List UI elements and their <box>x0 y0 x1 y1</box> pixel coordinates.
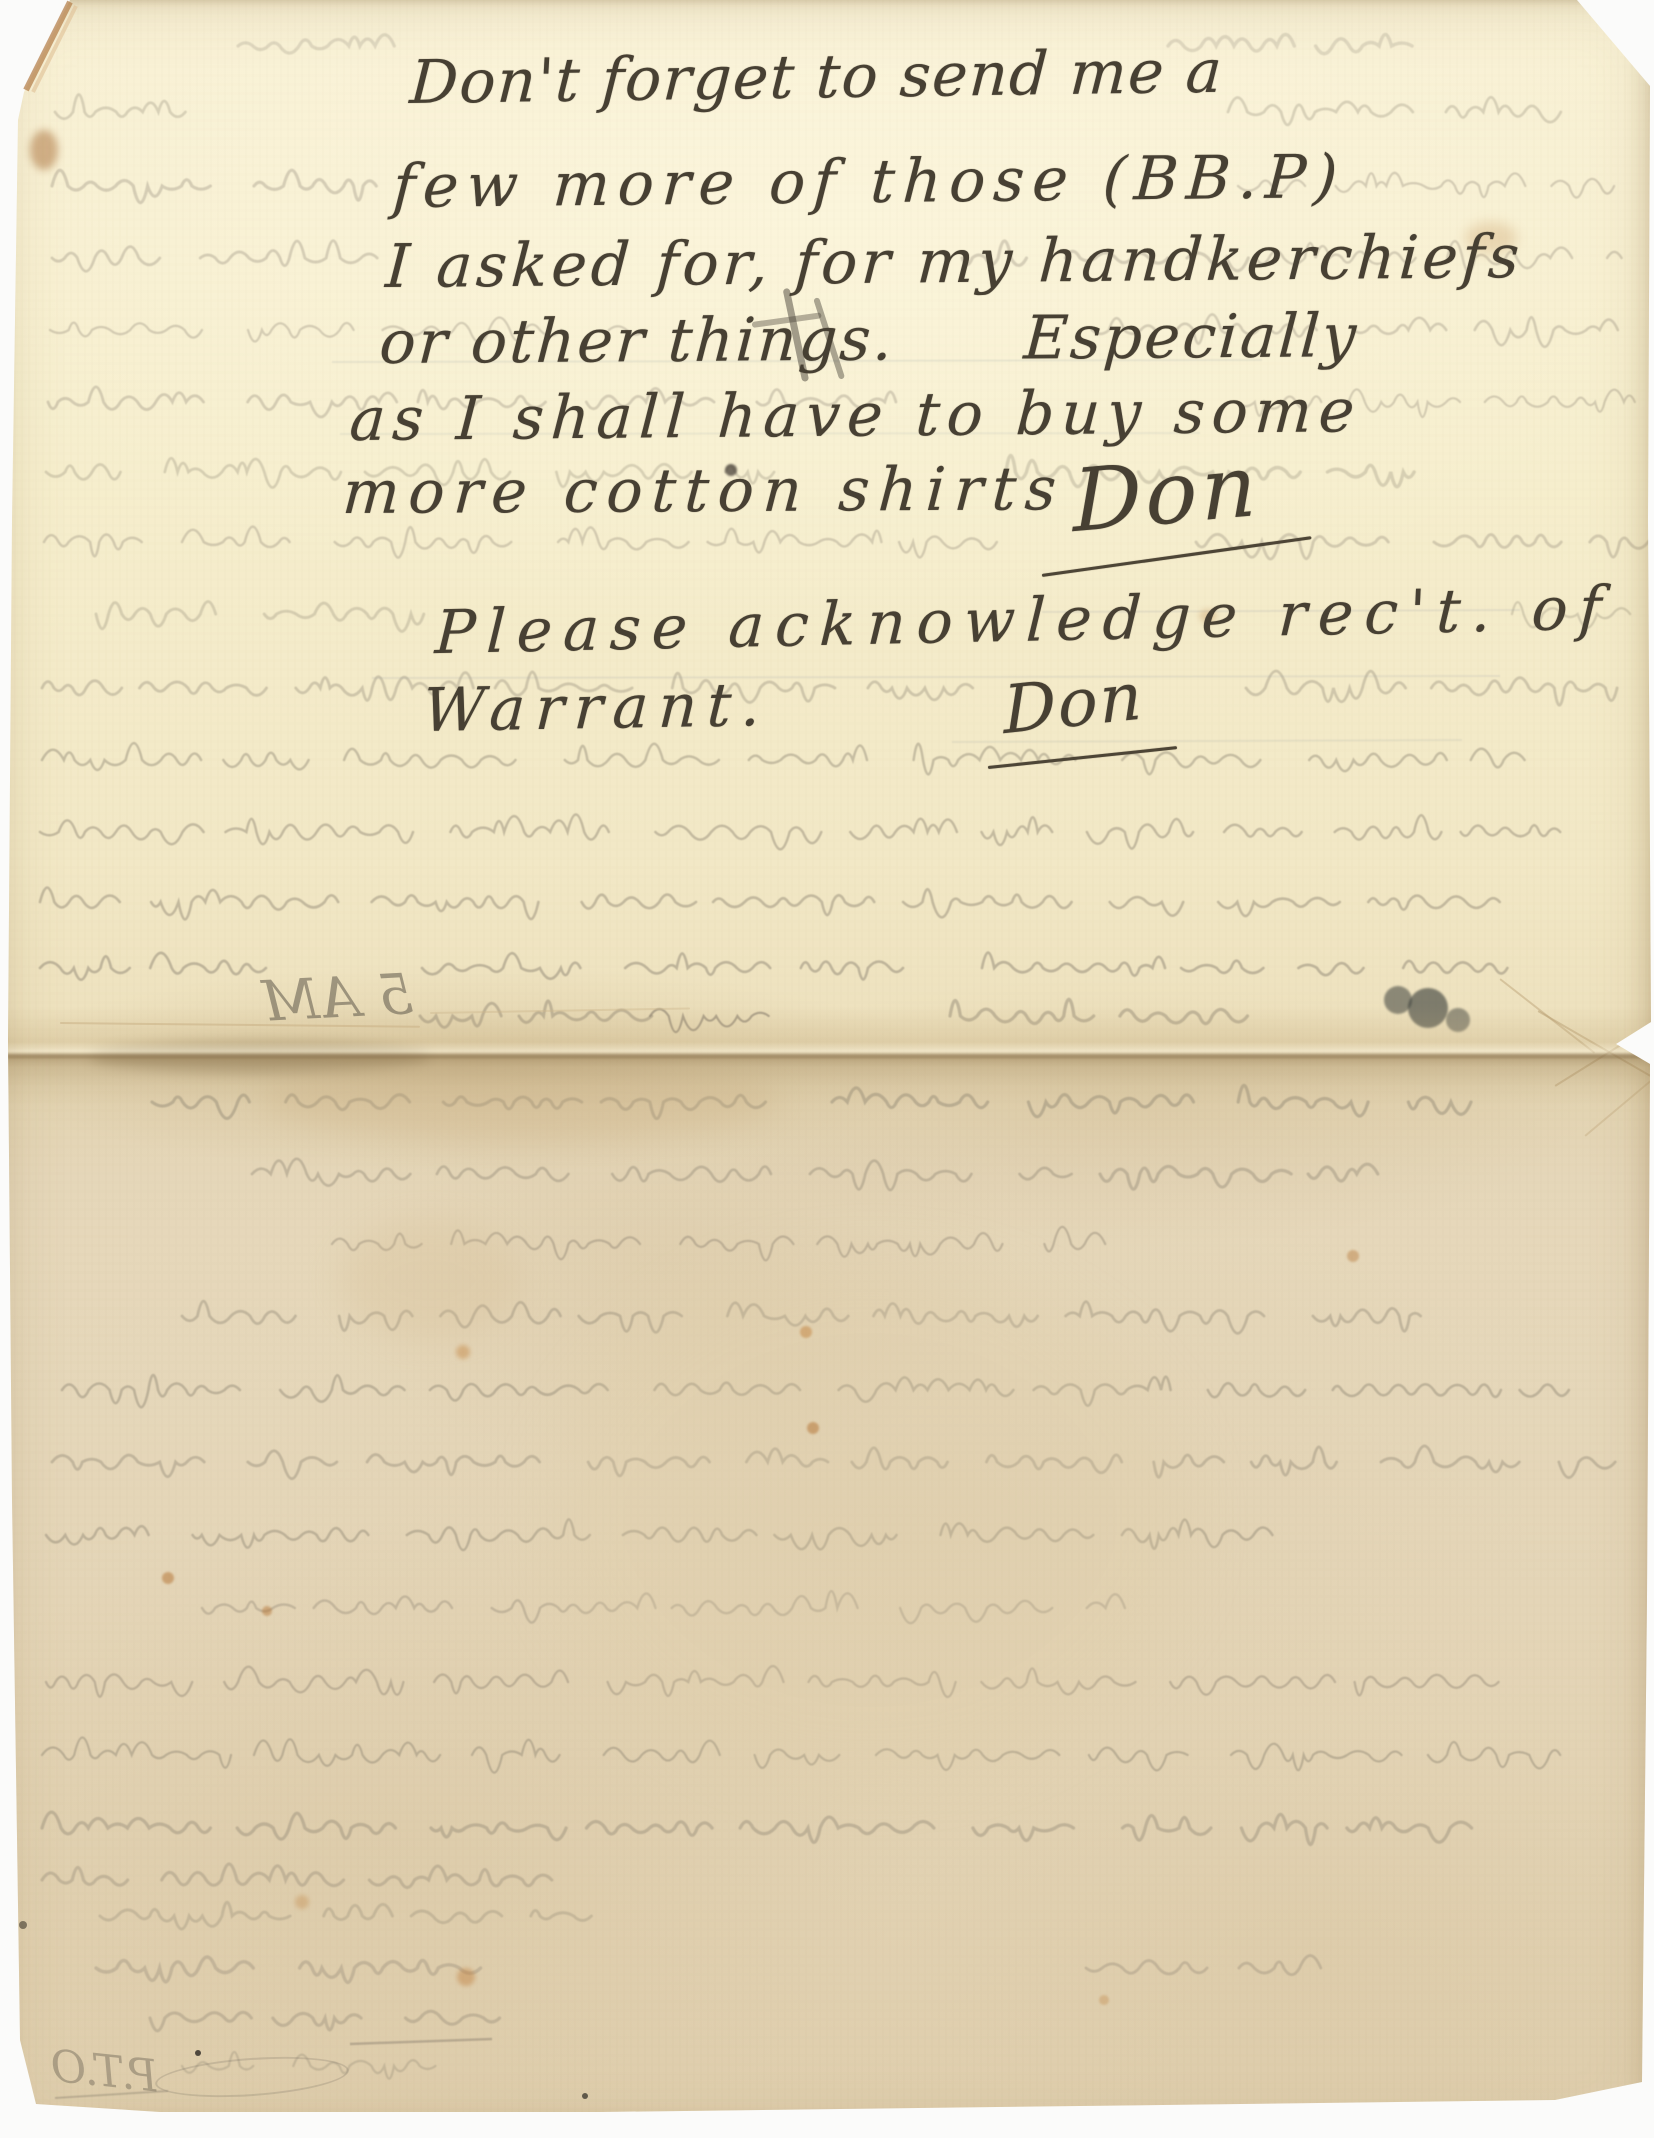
bleed-line <box>40 953 266 980</box>
bleed-line <box>42 1738 1560 1773</box>
bleed-line <box>1086 1956 1321 1975</box>
bleed-line <box>1006 455 1414 486</box>
bleed-line <box>42 1864 552 1888</box>
bleed-line <box>832 1085 1471 1116</box>
bleed-rule-line <box>1042 610 1520 612</box>
bleedthrough-writing <box>0 0 1654 2138</box>
bleed-line <box>1092 314 1618 346</box>
torn-corner-highlight <box>33 6 76 92</box>
bleed-line <box>150 2011 500 2031</box>
bleed-line <box>100 1902 591 1929</box>
bleed-line <box>332 1227 1105 1260</box>
bleed-line <box>40 888 1500 920</box>
bleed-line <box>48 387 896 417</box>
bleed-line <box>42 743 1525 774</box>
bleed-line <box>62 1375 1569 1407</box>
bleed-rule-line <box>55 2091 168 2098</box>
bleed-line <box>96 1957 481 1982</box>
letter-scan: 5 AMP.T.O Don't forget to send me afew m… <box>0 0 1654 2138</box>
letter-paper: 5 AMP.T.O Don't forget to send me afew m… <box>0 0 1654 2138</box>
bleed-line <box>420 1001 652 1027</box>
bleed-line <box>422 953 903 979</box>
bleed-line <box>52 241 377 272</box>
bleed-line <box>46 458 774 487</box>
bleed-line <box>50 318 645 343</box>
bleed-line <box>1100 1164 1378 1189</box>
bleed-rule-line <box>952 740 1462 742</box>
bleed-line <box>44 527 997 558</box>
bleed-line <box>252 1159 1072 1190</box>
bleed-line <box>202 1591 1125 1623</box>
bleed-line <box>650 1009 769 1032</box>
bleed-line <box>42 1812 1472 1844</box>
bleed-line <box>1228 97 1561 125</box>
bleed-line <box>40 815 1560 850</box>
torn-corner <box>0 0 130 130</box>
bleed-line <box>1512 602 1630 628</box>
bleed-rule-line <box>350 2039 492 2044</box>
bleed-line <box>962 241 1248 271</box>
bleed-rule-line <box>340 433 1200 434</box>
bleed-line <box>46 1666 1498 1697</box>
bleed-line <box>1256 241 1622 272</box>
bleed-line <box>152 1095 766 1119</box>
bleed-line <box>982 953 1507 976</box>
bleed-line <box>1168 34 1412 53</box>
bleed-line <box>1238 173 1614 198</box>
bleed-line <box>182 1301 1421 1333</box>
bleed-line <box>238 35 394 53</box>
bleed-line <box>1236 389 1635 417</box>
bleed-line <box>182 2052 435 2079</box>
bleed-line <box>52 1446 1615 1479</box>
bleed-line <box>96 602 424 632</box>
bleed-line <box>46 1519 1272 1550</box>
torn-corner-edge <box>26 2 70 90</box>
bleed-rule-line <box>372 676 1500 678</box>
bleed-line <box>52 170 376 203</box>
bleed-line <box>950 999 1247 1023</box>
bleed-rule-line <box>332 360 1262 362</box>
bleed-line <box>1196 534 1654 559</box>
